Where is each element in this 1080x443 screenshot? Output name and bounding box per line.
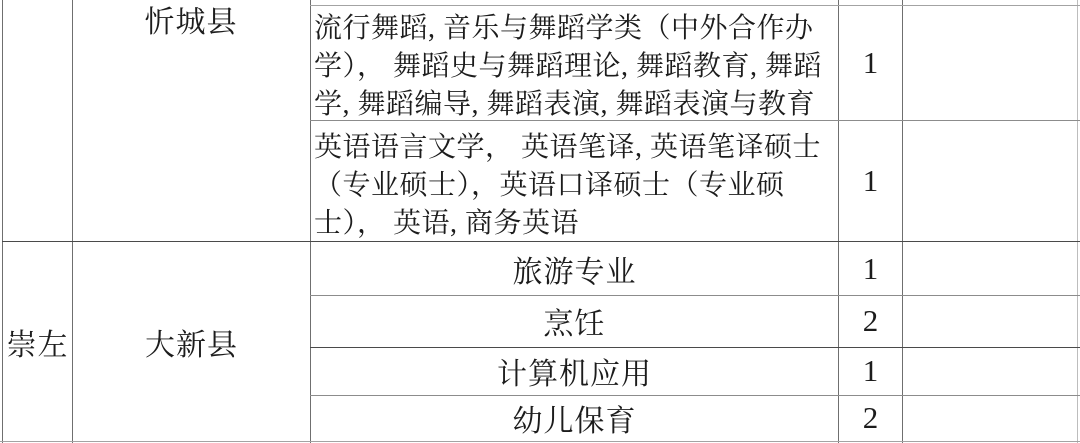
major-text-line: （专业硕士），英语口译硕士（专业硕 [314, 167, 836, 205]
note-cell [903, 347, 1077, 395]
count-cell: 1 [839, 121, 902, 241]
note-cell [903, 6, 1077, 120]
count-cell: 1 [839, 347, 902, 395]
major-text-line: 英语语言文学， 英语笔译, 英语笔译硕士 [314, 129, 836, 167]
county-cell: 大新县 [73, 242, 310, 441]
recruitment-table-crop: 忻城县 流行舞蹈, 音乐与舞蹈学类（中外合作办 学）， 舞蹈史与舞蹈理论, 舞蹈… [0, 0, 1080, 443]
note-cell [903, 395, 1077, 441]
county-cell: 忻城县 [72, 0, 310, 38]
major-cell: 幼儿保育 [311, 395, 838, 441]
major-cell: 计算机应用 [311, 347, 838, 395]
major-text-line: 士）， 英语, 商务英语 [314, 205, 836, 243]
count-cell: 2 [839, 395, 902, 441]
city-cell: 崇左 [3, 242, 72, 441]
major-cell: 旅游专业 [311, 242, 838, 295]
count-cell: 2 [839, 295, 902, 347]
major-cell: 流行舞蹈, 音乐与舞蹈学类（中外合作办 学）， 舞蹈史与舞蹈理论, 舞蹈教育, … [314, 10, 836, 124]
note-cell [903, 242, 1077, 295]
note-cell [903, 121, 1077, 241]
count-cell: 1 [839, 6, 902, 120]
table-border-vertical-right [1077, 0, 1078, 443]
major-cell: 烹饪 [311, 295, 838, 347]
table-border-bottom [0, 441, 1080, 442]
major-text-line: 流行舞蹈, 音乐与舞蹈学类（中外合作办 [314, 10, 836, 48]
note-cell [903, 295, 1077, 347]
count-cell: 1 [839, 242, 902, 295]
major-text-line: 学）， 舞蹈史与舞蹈理论, 舞蹈教育, 舞蹈 [314, 48, 836, 86]
major-text-line: 学, 舞蹈编导, 舞蹈表演, 舞蹈表演与教育 [314, 86, 836, 124]
major-cell: 英语语言文学， 英语笔译, 英语笔译硕士 （专业硕士），英语口译硕士（专业硕 士… [314, 129, 836, 243]
